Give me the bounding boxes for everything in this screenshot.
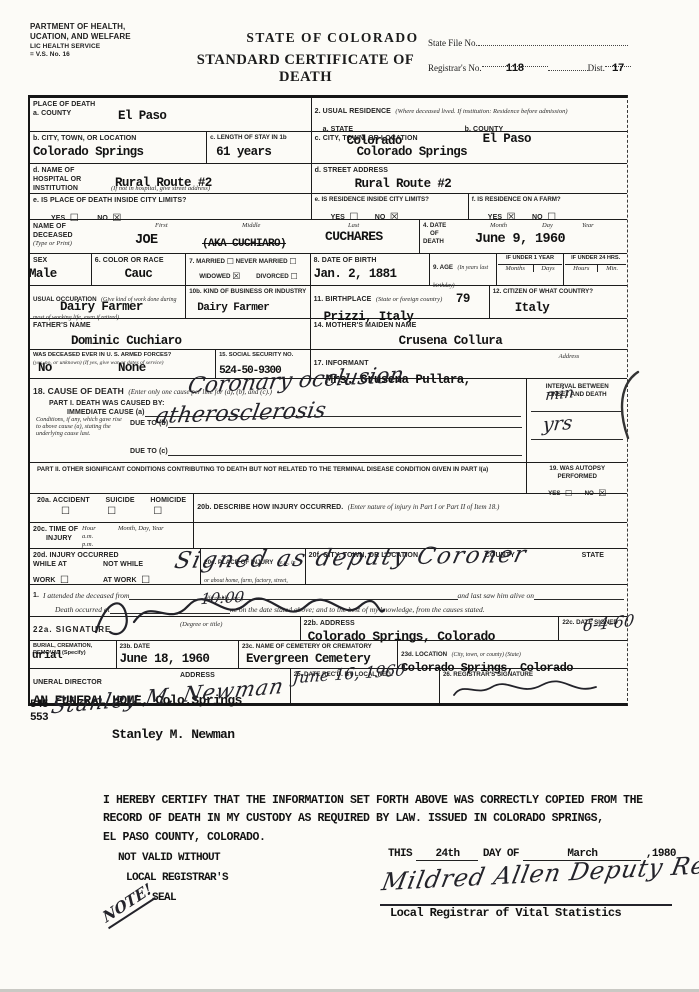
interval-a-blank xyxy=(531,411,623,412)
last-label: Last xyxy=(348,222,359,229)
father-label: FATHER'S NAME xyxy=(33,321,307,330)
case-number-2: 553 xyxy=(30,712,48,724)
day-label: Day xyxy=(542,222,553,229)
limits-label: e. IS PLACE OF DEATH INSIDE CITY LIMITS? xyxy=(33,196,308,205)
stay-label: c. LENGTH OF STAY IN 1b xyxy=(210,134,308,142)
under24-label: IF UNDER 24 HRS. xyxy=(565,255,626,262)
never-married-label: NEVER MARRIED xyxy=(236,258,288,265)
how-injury-label: 20b. DESCRIBE HOW INJURY OCCURRED. xyxy=(197,504,343,511)
field-date-of-birth: 8. DATE OF BIRTH Jan. 2, 1881 xyxy=(311,254,430,285)
manner-labels: 20a. ACCIDENT SUICIDE HOMICIDE xyxy=(33,496,190,505)
row-part2-autopsy: PART II. OTHER SIGNIFICANT CONDITIONS CO… xyxy=(30,463,627,494)
doc-title-main: STANDARD CERTIFICATE OF DEATH xyxy=(178,52,433,86)
time-label2: INJURY xyxy=(46,534,72,543)
business-value: Dairy Farmer xyxy=(197,302,306,314)
field-burial-location: 23d. LOCATION (City, town, or county) (S… xyxy=(398,641,627,668)
manner-boxes: ☐ ☐ ☐ xyxy=(33,505,190,516)
under1-label: IF UNDER 1 YEAR xyxy=(498,255,563,262)
first-label: First xyxy=(155,222,168,229)
farm-label: f. IS RESIDENCE ON A FARM? xyxy=(472,196,624,204)
burial-location-note: (City, town, or county) (State) xyxy=(452,652,521,658)
dob-label: 8. DATE OF BIRTH xyxy=(314,256,426,265)
field-part2: PART II. OTHER SIGNIFICANT CONDITIONS CO… xyxy=(30,463,527,493)
agency-line: = V.S. No. 16 xyxy=(30,51,131,59)
name-label: NAME OF xyxy=(33,222,73,231)
field-date-of-death: 4. DATE OF DEATH Month Day Year June 9, … xyxy=(420,220,627,253)
row-personal: SEX Male 6. COLOR OR RACE Cauc 7. MARRIE… xyxy=(30,254,627,286)
field-under-1-year: IF UNDER 1 YEAR Months Days xyxy=(497,254,565,285)
death-date-label: DEATH xyxy=(423,238,446,246)
attended-blank2 xyxy=(534,592,624,600)
days-label: Days xyxy=(534,265,563,272)
newman-typed-name: Stanley M. Newman xyxy=(112,727,234,742)
accident-label: 20a. ACCIDENT xyxy=(37,496,90,505)
months-label: Months xyxy=(498,265,534,272)
marital-line1: 7. MARRIED ☐ NEVER MARRIED ☐ xyxy=(189,256,306,266)
burial-date-label: 23b. DATE xyxy=(120,643,235,651)
sex-label: SEX xyxy=(33,256,88,265)
field-hospital: d. NAME OF HOSPITAL OR INSTITUTION(If no… xyxy=(30,164,312,193)
due-to-c-blank xyxy=(168,447,523,456)
place-heading: PLACE OF DEATH xyxy=(33,100,308,109)
never-married-checkbox: ☐ xyxy=(289,257,296,266)
year-label: Year xyxy=(582,222,594,229)
due-to-c-label: DUE TO (c) xyxy=(130,447,168,456)
autopsy-label2: PERFORMED xyxy=(530,473,624,481)
doc-title-state: STATE OF COLORADO xyxy=(225,30,440,46)
issue-day-value: 24th xyxy=(416,848,478,861)
while-at-work-option: WHILE AT WORK ☐ xyxy=(33,560,103,587)
death-date-label: 4. DATE xyxy=(423,222,446,230)
not-while-option: NOT WHILE AT WORK ☐ xyxy=(103,560,150,587)
field-mother: 14. MOTHER'S MAIDEN NAME Crusena Collura xyxy=(311,319,627,349)
mother-label: 14. MOTHER'S MAIDEN NAME xyxy=(314,321,624,330)
suicide-checkbox: ☐ xyxy=(107,506,116,517)
agency-block: PARTMENT OF HEALTH, UCATION, AND WELFARE… xyxy=(30,22,131,60)
middle-label: Middle xyxy=(242,222,260,229)
row-place-residence: PLACE OF DEATH a. COUNTY El Paso 2. USUA… xyxy=(30,98,627,132)
registrar-no-block: Registrar's No.118Dist.17 xyxy=(428,58,631,76)
occupation-value: Dairy Farmer xyxy=(60,300,143,314)
armed-detail-value: None xyxy=(118,361,146,375)
county-label: a. COUNTY xyxy=(33,109,308,118)
marital-number: 7. xyxy=(189,258,194,265)
field-deceased-name: NAME OF DECEASED (Type or Print) First M… xyxy=(30,220,420,253)
field-armed-forces: WAS DECEASED EVER IN U. S. ARMED FORCES?… xyxy=(30,350,216,378)
registrar-filler xyxy=(548,62,588,71)
homicide-label: HOMICIDE xyxy=(150,496,186,505)
field-residence-city: c. CITY, TOWN, OR LOCATION Colorado Spri… xyxy=(312,132,627,163)
row-name: NAME OF DECEASED (Type or Print) First M… xyxy=(30,220,627,254)
age-label: 9. AGE xyxy=(433,264,453,271)
field-business: 10b. KIND OF BUSINESS OR INDUSTRY Dairy … xyxy=(186,286,310,318)
father-value: Dominic Cuchiaro xyxy=(71,334,307,348)
registrar-signature-script xyxy=(450,679,600,701)
field-place-limits: e. IS PLACE OF DEATH INSIDE CITY LIMITS?… xyxy=(30,194,312,219)
armed-value: No xyxy=(38,361,52,375)
married-checkbox: ☐ xyxy=(227,257,234,266)
dob-value: Jan. 2, 1881 xyxy=(314,267,426,281)
field-registrar-signature: 26. REGISTRAR'S SIGNATURE xyxy=(440,669,627,703)
field-burial-type: BURIAL, CREMATION, REMOVAL (Specify) uri… xyxy=(30,641,117,668)
burial-location-label: 23d. LOCATION xyxy=(401,651,447,658)
field-usual-residence: 2. USUAL RESIDENCE (Where deceased lived… xyxy=(312,98,627,131)
interval-a-handwriting: min xyxy=(545,383,575,404)
limits-label: e. IS RESIDENCE INSIDE CITY LIMITS? xyxy=(315,196,465,204)
county-value: El Paso xyxy=(118,109,166,123)
aka-name-value: (AKA CUCHIARO) xyxy=(202,238,286,250)
field-burial-date: 23b. DATE June 18, 1960 xyxy=(117,641,239,668)
row-city-limits: e. IS PLACE OF DEATH INSIDE CITY LIMITS?… xyxy=(30,194,627,220)
stay-value: 61 years xyxy=(216,145,308,159)
due-to-c-line: DUE TO (c) xyxy=(130,447,522,456)
armed-label: WAS DECEASED EVER IN U. S. ARMED FORCES? xyxy=(33,352,212,360)
field-manner: 20a. ACCIDENT SUICIDE HOMICIDE ☐ ☐ ☐ xyxy=(30,494,194,522)
field-place-city: b. CITY, TOWN, OR LOCATION Colorado Spri… xyxy=(30,132,207,163)
interval-b-blank xyxy=(531,439,623,440)
mother-value: Crusena Collura xyxy=(399,334,624,348)
row-occupation: USUAL OCCUPATION (Give kind of work done… xyxy=(30,286,627,319)
street-value: Rural Route #2 xyxy=(355,177,624,191)
min-label: Min. xyxy=(598,265,626,272)
interval-b-handwriting: yrs xyxy=(542,412,574,436)
race-value: Cauc xyxy=(95,267,183,281)
business-label: 10b. KIND OF BUSINESS OR INDUSTRY xyxy=(189,288,306,296)
dist-label: Dist. xyxy=(588,63,605,73)
row-city: b. CITY, TOWN, OR LOCATION Colorado Spri… xyxy=(30,132,627,164)
death-date-label-block: 4. DATE OF DEATH xyxy=(423,222,446,246)
hours-label: Hours xyxy=(565,265,598,272)
citizen-value: Italy xyxy=(515,301,624,315)
burial-date-value: June 18, 1960 xyxy=(120,652,235,666)
address-label: Address xyxy=(559,353,580,360)
field-place-county: PLACE OF DEATH a. COUNTY El Paso xyxy=(30,98,312,131)
field-citizen: 12. CITIZEN OF WHAT COUNTRY? Italy xyxy=(490,286,627,318)
how-injury-note: (Enter nature of injury in Part I or Par… xyxy=(348,503,500,511)
suicide-label: SUICIDE xyxy=(106,496,135,505)
while-label2: WORK xyxy=(33,577,56,584)
death-date-value: June 9, 1960 xyxy=(475,232,565,247)
case-number-1: 545 xyxy=(30,699,48,711)
name-label: DECEASED xyxy=(33,231,73,240)
cause-heading: 18. CAUSE OF DEATH xyxy=(33,386,124,396)
registrar-no-label: Registrar's No. xyxy=(428,63,482,73)
certification-paragraph: I HEREBY CERTIFY THAT THE INFORMATION SE… xyxy=(103,792,643,847)
hospital-value: Rural Route #2 xyxy=(115,176,212,190)
name-label-block: NAME OF DECEASED (Type or Print) xyxy=(33,222,73,247)
death-date-label: OF xyxy=(430,230,446,238)
this-label: THIS xyxy=(388,848,412,860)
accident-checkbox: ☐ xyxy=(61,506,70,517)
interval-label: INTERVAL BETWEEN xyxy=(530,383,624,391)
city-label: c. CITY, TOWN, OR LOCATION xyxy=(315,134,624,143)
field-under-24-hrs: IF UNDER 24 HRS. Hours Min. xyxy=(564,254,627,285)
first-name-value: JOE xyxy=(135,233,158,248)
registrar-typed-title: Local Registrar of Vital Statistics xyxy=(390,906,621,920)
field-time-of-injury: 20c. TIME OF INJURY Hour a.m. p.m. Month… xyxy=(30,523,194,548)
dist-value: 17 xyxy=(605,58,631,67)
field-age: 9. AGE (In years last birthday) 79 xyxy=(430,254,497,285)
residence-heading: 2. USUAL RESIDENCE xyxy=(315,108,391,115)
not-while-label2: AT WORK xyxy=(103,577,137,584)
autopsy-label: 19. WAS AUTOPSY xyxy=(530,465,624,473)
state-file-blank xyxy=(478,37,628,46)
city-label: b. CITY, TOWN, OR LOCATION xyxy=(33,134,203,143)
divorced-label: DIVORCED xyxy=(256,273,289,280)
residence-note: (Where deceased lived. If institution: R… xyxy=(395,108,567,115)
field-birthplace: 11. BIRTHPLACE (State or foreign country… xyxy=(311,286,490,318)
married-label: MARRIED xyxy=(196,258,225,265)
row-parents: FATHER'S NAME Dominic Cuchiaro 14. MOTHE… xyxy=(30,319,627,350)
field-occupation: USUAL OCCUPATION (Give kind of work done… xyxy=(30,286,186,318)
widowed-checkbox: ☒ xyxy=(232,271,240,281)
row-hospital-street: d. NAME OF HOSPITAL OR INSTITUTION(If no… xyxy=(30,164,627,194)
attended-number: 1. xyxy=(33,591,39,600)
city-value: Colorado Springs xyxy=(33,145,203,159)
field-how-injury: 20b. DESCRIBE HOW INJURY OCCURRED. (Ente… xyxy=(194,494,627,522)
birthplace-label: 11. BIRTHPLACE xyxy=(314,296,372,303)
residence-heading-line: 2. USUAL RESIDENCE (Where deceased lived… xyxy=(315,100,624,118)
race-label: 6. COLOR OR RACE xyxy=(95,256,183,265)
street-label: d. STREET ADDRESS xyxy=(315,166,624,175)
birthplace-note: (State or foreign country) xyxy=(376,296,442,303)
mdy-label: Month, Day, Year xyxy=(118,525,164,532)
last-name-value: CUCHARES xyxy=(325,229,383,244)
city-value: Colorado Springs xyxy=(357,145,624,159)
injury-state-label: STATE xyxy=(582,551,604,560)
name-note: (Type or Print) xyxy=(33,240,73,247)
field-street-address: d. STREET ADDRESS Rural Route #2 xyxy=(312,164,627,193)
state-file-label: State File No. xyxy=(428,38,478,48)
agency-line: PARTMENT OF HEALTH, xyxy=(30,22,131,32)
registrar-no-value: 118 xyxy=(482,58,548,67)
registrar-signature-label: 26. REGISTRAR'S SIGNATURE xyxy=(443,671,624,679)
field-autopsy: 19. WAS AUTOPSY PERFORMED YES ☐ NO ☒ xyxy=(527,463,627,493)
field-sex: SEX Male xyxy=(30,254,92,285)
agency-line: LIC HEALTH SERVICE xyxy=(30,43,131,51)
scan-artifact-mark xyxy=(612,368,646,442)
agency-line: UCATION, AND WELFARE xyxy=(30,32,131,42)
homicide-checkbox: ☐ xyxy=(153,506,162,517)
day-of-label: DAY OF xyxy=(483,848,519,860)
citizen-label: 12. CITIZEN OF WHAT COUNTRY? xyxy=(493,288,624,296)
part2-text: PART II. OTHER SIGNIFICANT CONDITIONS CO… xyxy=(33,465,523,474)
under24-columns: Hours Min. xyxy=(565,264,626,272)
physician-signature-script xyxy=(88,592,388,638)
field-marital-status: 7. MARRIED ☐ NEVER MARRIED ☐ WIDOWED ☒ D… xyxy=(186,254,310,285)
occurred-label: 20d. INJURY OCCURRED xyxy=(33,551,197,560)
field-residence-limits: e. IS RESIDENCE INSIDE CITY LIMITS? YES … xyxy=(312,194,469,219)
death-certificate-page: PARTMENT OF HEALTH, UCATION, AND WELFARE… xyxy=(0,0,699,992)
am-label: a.m. xyxy=(82,533,93,540)
widowed-label: WIDOWED xyxy=(199,273,230,280)
while-label1: WHILE AT xyxy=(33,560,103,569)
file-no-block: State File No. xyxy=(428,33,628,51)
under1-columns: Months Days xyxy=(498,264,563,272)
field-race: 6. COLOR OR RACE Cauc xyxy=(92,254,187,285)
month-label: Month xyxy=(490,222,507,229)
not-while-label1: NOT WHILE xyxy=(103,560,150,569)
field-residence-farm: f. IS RESIDENCE ON A FARM? YES ☒ NO ☐ xyxy=(469,194,627,219)
marital-line2: WIDOWED ☒ DIVORCED ☐ xyxy=(199,270,306,281)
time-label: 20c. TIME OF xyxy=(33,525,78,534)
divorced-checkbox: ☐ xyxy=(290,272,297,281)
note-handwriting: NOTE! xyxy=(100,880,156,930)
hospital-label: d. NAME OF HOSPITAL OR INSTITUTION xyxy=(33,166,111,193)
sex-value: Male xyxy=(29,267,88,281)
row-manner: 20a. ACCIDENT SUICIDE HOMICIDE ☐ ☐ ☐ 20b… xyxy=(30,494,627,523)
hour-label: Hour xyxy=(82,525,96,532)
not-valid-line1: NOT VALID WITHOUT xyxy=(118,852,220,864)
attended-text2: and last saw him alive on xyxy=(458,591,534,600)
ssn-label: 15. SOCIAL SECURITY NO. xyxy=(219,352,307,360)
funeral-address-label: ADDRESS xyxy=(180,671,215,680)
pm-label: p.m. xyxy=(82,541,93,548)
field-length-of-stay: c. LENGTH OF STAY IN 1b 61 years xyxy=(207,132,312,163)
field-father: FATHER'S NAME Dominic Cuchiaro xyxy=(30,319,311,349)
conditions-note: Conditions, if any, which gave rise to a… xyxy=(36,416,124,437)
cemetery-label: 23c. NAME OF CEMETERY OR CREMATORY xyxy=(242,643,394,651)
burial-type-value: urial xyxy=(32,650,62,662)
funeral-director-label: UNERAL DIRECTOR xyxy=(33,679,102,686)
